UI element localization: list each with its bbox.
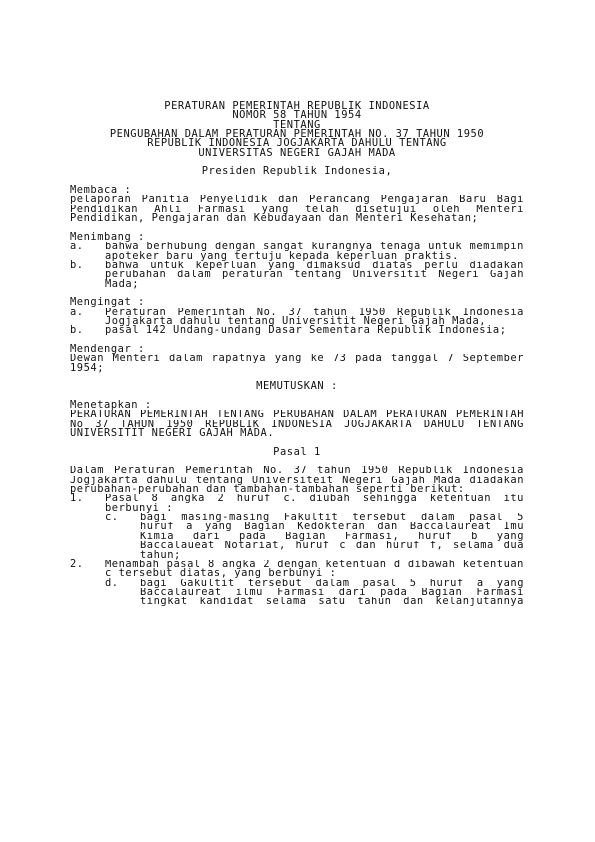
sub-item-line: Baccalaueat Notariat, huruf c dan huruf … [140,541,524,550]
section-heading: Menimbang : [70,233,524,242]
list-item: b. bahwa untuk keperluan yang dimaksud d… [70,261,524,289]
paragraph-line: pelaporan Panitia Penyelidik dan Peranca… [70,195,524,204]
section-heading: Menetapkan : [70,401,524,410]
item-label: b. [70,261,105,289]
sub-item-label: d. [105,579,140,607]
paragraph-line: Dewan Menteri dalam rapatnya yang ke 73 … [70,354,524,363]
paragraph-line: 1954; [70,364,524,373]
sub-item-line: tahun; [140,551,524,560]
sub-item-label: c. [105,513,140,560]
list-item: 1. Pasal 8 angka 2 huruf c. diubah sehin… [70,494,524,559]
section-heading: Mendengar : [70,345,524,354]
paragraph-line: perubahan-perubahan dan tambahan-tambaha… [70,485,524,494]
section-mengingat: Mengingat : a. Peraturan Pemerintah No. … [70,298,524,335]
paragraph-line: Dalam Peraturan Pemerintah No. 37 tahun … [70,466,524,475]
sub-item-line: bagi masing-masing Fakultit tersebut dal… [140,513,524,522]
item-line: perubahan dalam peraturan tentang Univer… [105,270,524,279]
paragraph-line: PERATURAN PEMERINTAH TENTANG PERUBAHAN D… [70,410,524,419]
list-item: 2. Menambah pasal 8 angka 2 dengan keten… [70,560,524,607]
item-line: c tersebut diatas, yang berbunyi : [105,569,524,578]
item-line: bahwa untuk keperluan yang dimaksud diat… [105,261,524,270]
item-line: apoteker baru yang tertuju kepada keperl… [105,252,524,261]
president-line: Presiden Republik Indonesia, [70,167,524,176]
item-label: 1. [70,494,105,559]
sub-item-line: tingkat kandidat selama satu tahun dan k… [140,597,524,606]
section-membaca: Membaca : pelaporan Panitia Penyelidik d… [70,186,524,223]
document-title: PERATURAN PEMERINTAH REPUBLIK INDONESIA … [70,102,524,158]
item-line: Mada; [105,280,524,289]
sub-list-item: c. bagi masing-masing Fakultit tersebut … [105,513,524,560]
section-pasal-1: Dalam Peraturan Pemerintah No. 37 tahun … [70,466,524,606]
section-menimbang: Menimbang : a. bahwa berhubung dengan sa… [70,233,524,289]
sub-list-item: d. bagi Gakultit tersebut dalam pasal 5 … [105,579,524,607]
list-item: b. pasal 142 Undang-undang Dasar Sementa… [70,326,524,335]
sub-item-line: Baccalaureat ilmu Farmasi dari pada Bagi… [140,588,524,597]
item-line: berbunyi : [105,504,524,513]
pasal-heading: Pasal 1 [70,448,524,457]
section-heading: Mengingat : [70,298,524,307]
memutuskan-heading: MEMUTUSKAN : [70,382,524,391]
section-heading: Membaca : [70,186,524,195]
section-mendengar: Mendengar : Dewan Menteri dalam rapatnya… [70,345,524,373]
sub-item-line: huruf a yang Bagian Kedokteran dan Bacca… [140,522,524,531]
item-label: b. [70,326,105,335]
paragraph-line: UNIVERSITIT NEGERI GAJAH MADA. [70,429,524,438]
sub-item-line: Kimia dari pada Bagian Farmasi, huruf b … [140,532,524,541]
section-menetapkan: Menetapkan : PERATURAN PEMERINTAH TENTAN… [70,401,524,438]
paragraph-line: Pendidikan, Pengajaran dan Kebudayaan da… [70,214,524,223]
title-line: UNIVERSITAS NEGERI GAJAH MADA [70,149,524,158]
list-item: a. bahwa berhubung dengan sangat kurangn… [70,242,524,261]
sub-item-line: bagi Gakultit tersebut dalam pasal 5 hur… [140,579,524,588]
document-page: PERATURAN PEMERINTAH REPUBLIK INDONESIA … [70,102,524,607]
item-line: pasal 142 Undang-undang Dasar Sementara … [105,326,524,335]
item-label: 2. [70,560,105,607]
